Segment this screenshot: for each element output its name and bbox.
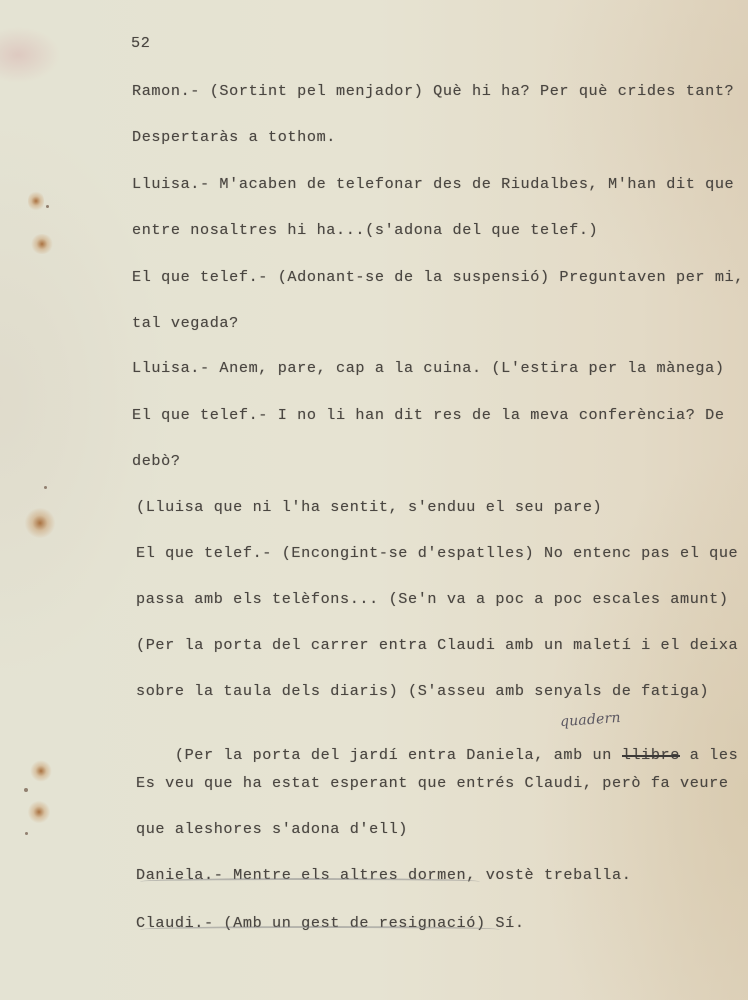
stage-direction: (Per la porta del carrer entra Claudi am…	[136, 636, 738, 654]
script-line: tal vegada?	[132, 314, 239, 332]
rust-stain	[24, 508, 56, 538]
script-line: Ramon.- (Sortint pel menjador) Què hi ha…	[132, 82, 734, 100]
script-line: debò?	[132, 452, 181, 470]
foxing-dot	[25, 832, 28, 835]
script-line: passa amb els telèfons... (Se'n va a poc…	[136, 590, 729, 608]
foxing-dot	[24, 788, 28, 792]
typewritten-page: 52 Ramon.- (Sortint pel menjador) Què hi…	[0, 0, 748, 1000]
struck-word: llibre	[622, 746, 680, 764]
script-line: El que telef.- (Adonant-se de la suspens…	[132, 268, 744, 286]
script-line: Lluisa.- M'acaben de telefonar des de Ri…	[132, 175, 734, 193]
rust-stain	[28, 800, 50, 824]
rust-stain	[30, 760, 52, 782]
rust-stain	[30, 234, 54, 254]
line-text-before: (Per la porta del jardí entra Daniela, a…	[175, 746, 622, 764]
stage-direction: (Lluisa que ni l'ha sentit, s'enduu el s…	[136, 498, 602, 516]
line-text-after: a les mans)	[680, 746, 748, 764]
stage-direction: que aleshores s'adona d'ell)	[136, 820, 408, 838]
stage-direction: Es veu que ha estat esperant que entrés …	[136, 774, 729, 792]
script-line: Claudi.- (Amb un gest de resignació) Sí.	[136, 914, 525, 932]
foxing-dot	[44, 486, 47, 489]
script-line: El que telef.- (Encongint-se d'espatlles…	[136, 544, 738, 562]
script-line: Lluisa.- Anem, pare, cap a la cuina. (L'…	[132, 359, 725, 377]
script-line: Daniela.- Mentre els altres dormen, vost…	[136, 866, 631, 884]
script-line: entre nosaltres hi ha...(s'adona del que…	[132, 221, 598, 239]
page-number: 52	[131, 34, 150, 52]
script-line: El que telef.- I no li han dit res de la…	[132, 406, 725, 424]
stage-direction: sobre la taula dels diaris) (S'asseu amb…	[136, 682, 709, 700]
foxing-dot	[46, 205, 49, 208]
rust-stain	[28, 190, 44, 212]
script-line: Despertaràs a tothom.	[132, 128, 336, 146]
